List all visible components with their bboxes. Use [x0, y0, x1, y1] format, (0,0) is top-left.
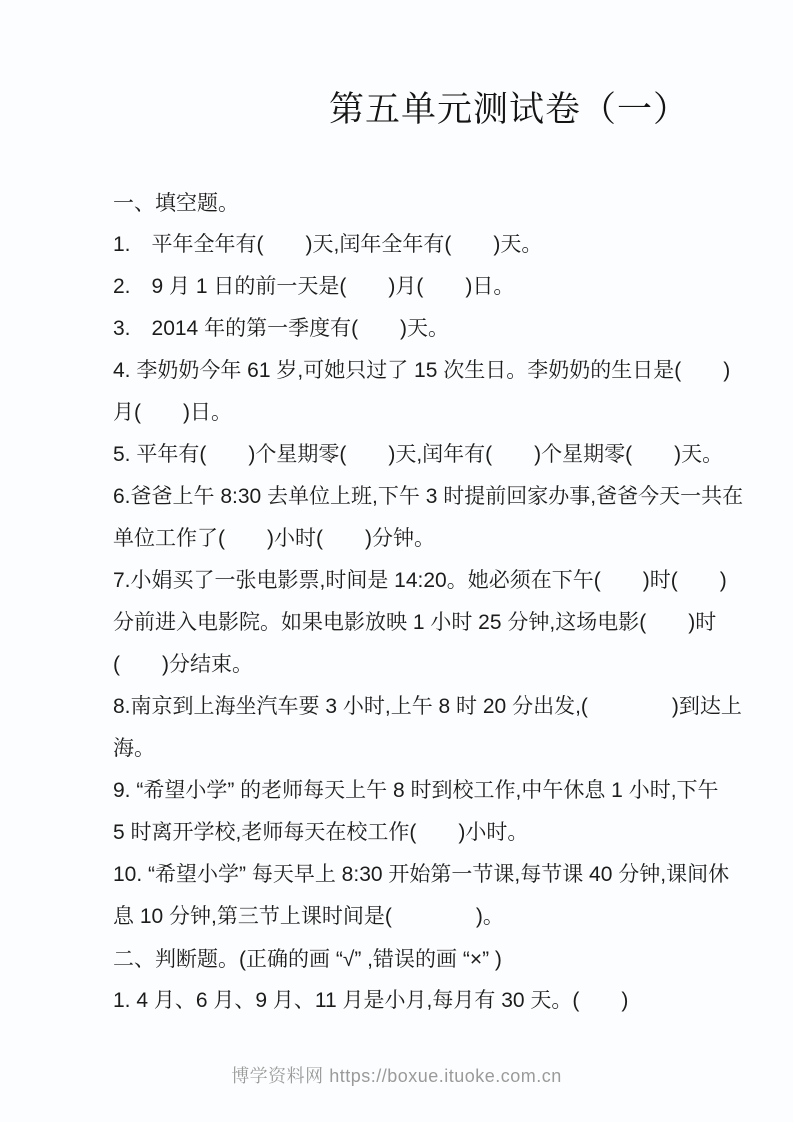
- footer-site-text: 博学资料网 https://boxue.ituoke.com.cn: [231, 1066, 562, 1086]
- question-7-line-1: 7.小娟买了一张电影票,时间是 14:20。她必须在下午( )时( ): [113, 560, 689, 602]
- question-6-line-2: 单位工作了( )小时( )分钟。: [113, 518, 689, 560]
- section-1-heading: 一、填空题。: [113, 182, 689, 224]
- page-title: 第五单元测试卷（一）: [113, 88, 689, 132]
- section-2-heading-note: (正确的画 “√” ,错误的画 “×” ): [239, 948, 502, 971]
- question-10-line-1: 10. “希望小学” 每天早上 8:30 开始第一节课,每节课 40 分钟,课间…: [113, 854, 689, 896]
- judge-question-1-line: 1. 4 月、6 月、9 月、11 月是小月,每月有 30 天。( ): [113, 980, 689, 1022]
- document-page: 第五单元测试卷（一） 一、填空题。 1. 平年全年有( )天,闰年全年有( )天…: [0, 0, 793, 1122]
- question-1-line: 1. 平年全年有( )天,闰年全年有( )天。: [113, 224, 689, 266]
- question-8-line-1: 8.南京到上海坐汽车要 3 小时,上午 8 时 20 分出发,( )到达上: [113, 686, 689, 728]
- question-4-line-1: 4. 李奶奶今年 61 岁,可她只过了 15 次生日。李奶奶的生日是( ): [113, 350, 689, 392]
- question-5-line: 5. 平年有( )个星期零( )天,闰年有( )个星期零( )天。: [113, 434, 689, 476]
- question-7-line-3: ( )分结束。: [113, 644, 689, 686]
- question-2-line: 2. 9 月 1 日的前一天是( )月( )日。: [113, 266, 689, 308]
- document-content: 一、填空题。 1. 平年全年有( )天,闰年全年有( )天。 2. 9 月 1 …: [113, 182, 689, 1022]
- section-2-heading: 二、判断题。(正确的画 “√” ,错误的画 “×” ): [113, 938, 689, 980]
- section-2-heading-label: 二、判断题。: [113, 947, 239, 971]
- question-8-line-2: 海。: [113, 728, 689, 770]
- question-9-line-2: 5 时离开学校,老师每天在校工作( )小时。: [113, 812, 689, 854]
- question-9-line-1: 9. “希望小学” 的老师每天上午 8 时到校工作,中午休息 1 小时,下午: [113, 770, 689, 812]
- footer-watermark: 博学资料网 https://boxue.ituoke.com.cn: [0, 1064, 793, 1088]
- question-4-line-2: 月( )日。: [113, 392, 689, 434]
- question-7-line-2: 分前进入电影院。如果电影放映 1 小时 25 分钟,这场电影( )时: [113, 602, 689, 644]
- question-3-line: 3. 2014 年的第一季度有( )天。: [113, 308, 689, 350]
- question-6-line-1: 6.爸爸上午 8:30 去单位上班,下午 3 时提前回家办事,爸爸今天一共在: [113, 476, 689, 518]
- question-10-line-2: 息 10 分钟,第三节上课时间是( )。: [113, 896, 689, 938]
